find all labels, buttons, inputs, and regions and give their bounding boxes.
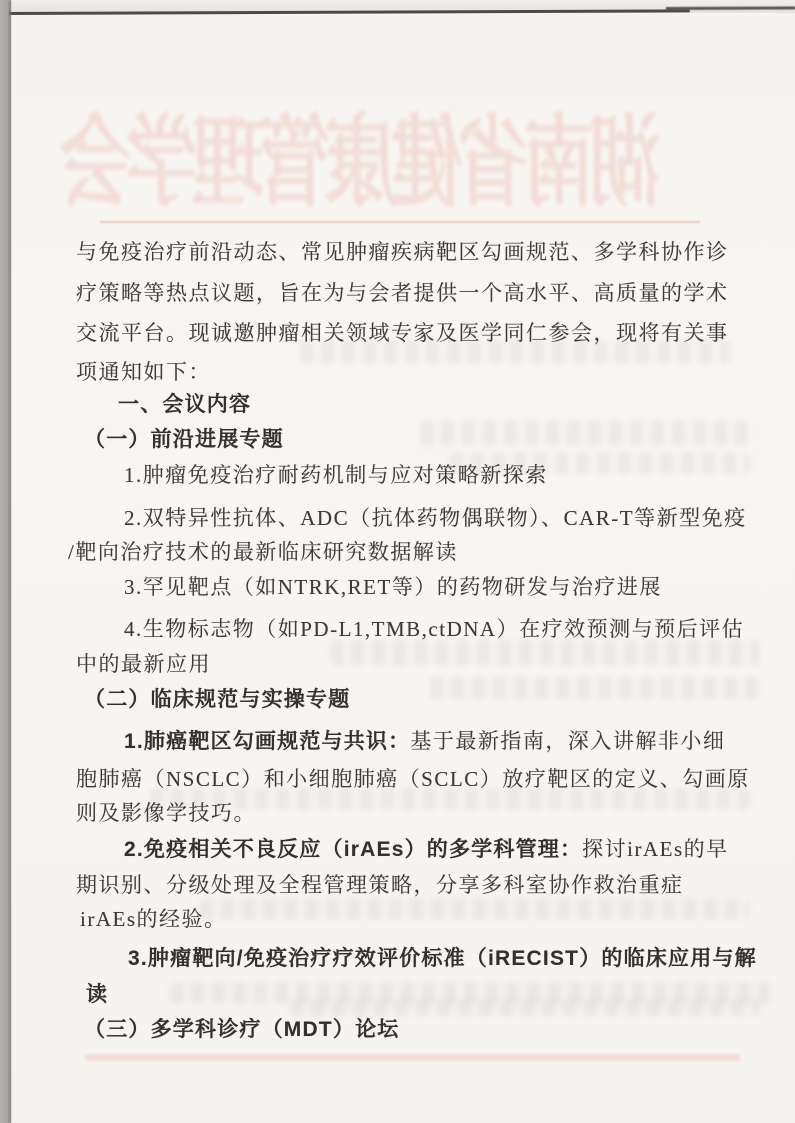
bleedthrough-letterhead-watermark: 湖南省健康管理学会	[179, 104, 661, 224]
bleedthrough-pink-band	[85, 1054, 740, 1061]
doc-line: 3.罕见靶点（如NTRK,RET等）的药物研发与治疗进展	[124, 571, 662, 601]
doc-line: 3.肿瘤靶向/免疫治疗疗效评价标准（iRECIST）的临床应用与解	[128, 942, 757, 972]
bleedthrough-smudge	[420, 420, 750, 446]
bleedthrough-smudge	[430, 676, 760, 700]
doc-line: 2.免疫相关不良反应（irAEs）的多学科管理：探讨irAEs的早	[124, 833, 729, 863]
doc-line: 胞肺癌（NSCLC）和小细胞肺癌（SCLC）放疗靶区的定义、勾画原	[76, 763, 750, 793]
heading-agenda: 一、会议内容	[118, 388, 251, 418]
doc-line: /靶向治疗技术的最新临床研究数据解读	[68, 536, 458, 566]
doc-line: 交流平台。现诚邀肿瘤相关领域专家及医学同仁参会，现将有关事	[76, 317, 729, 347]
subheading-frontier-topics: （一）前沿进展专题	[84, 423, 284, 453]
doc-line: 与免疫治疗前沿动态、常见肿瘤疾病靶区勾画规范、多学科协作诊	[76, 236, 729, 266]
doc-line: 则及影像学技巧。	[76, 797, 256, 827]
bleedthrough-letterhead-rule	[100, 221, 700, 223]
doc-line: 1.肿瘤免疫治疗耐药机制与应对策略新探索	[124, 459, 548, 489]
doc-line: 4.生物标志物（如PD-L1,TMB,ctDNA）在疗效预测与预后评估	[124, 613, 744, 643]
page-top-edge-line-right	[666, 6, 795, 10]
doc-line: 疗策略等热点议题，旨在为与会者提供一个高水平、高质量的学术	[76, 277, 729, 307]
scanner-left-edge-strip	[0, 0, 9, 1123]
doc-line: 期识别、分级处理及全程管理策略，分享多科室协作救治重症	[76, 869, 684, 899]
doc-line: 读	[86, 978, 108, 1008]
scanned-page: 湖南省健康管理学会 与免疫治疗前沿动态、常见肿瘤疾病靶区勾画规范、多学科协作诊 …	[0, 0, 795, 1123]
doc-line: 2.双特异性抗体、ADC（抗体药物偶联物）、CAR-T等新型免疫	[124, 502, 747, 532]
subheading-clinical-practice: （二）临床规范与实操专题	[84, 683, 350, 713]
bleedthrough-smudge	[330, 640, 760, 666]
page-left-edge-line	[9, 0, 11, 1123]
subheading-mdt-forum: （三）多学科诊疗（MDT）论坛	[84, 1013, 400, 1043]
doc-line: 中的最新应用	[76, 648, 211, 678]
doc-line: 项通知如下：	[76, 356, 211, 386]
doc-line: 1.肺癌靶区勾画规范与共识：基于最新指南，深入讲解非小细	[124, 725, 725, 755]
bleedthrough-smudge	[200, 898, 750, 920]
doc-line: irAEs的经验。	[80, 903, 227, 933]
